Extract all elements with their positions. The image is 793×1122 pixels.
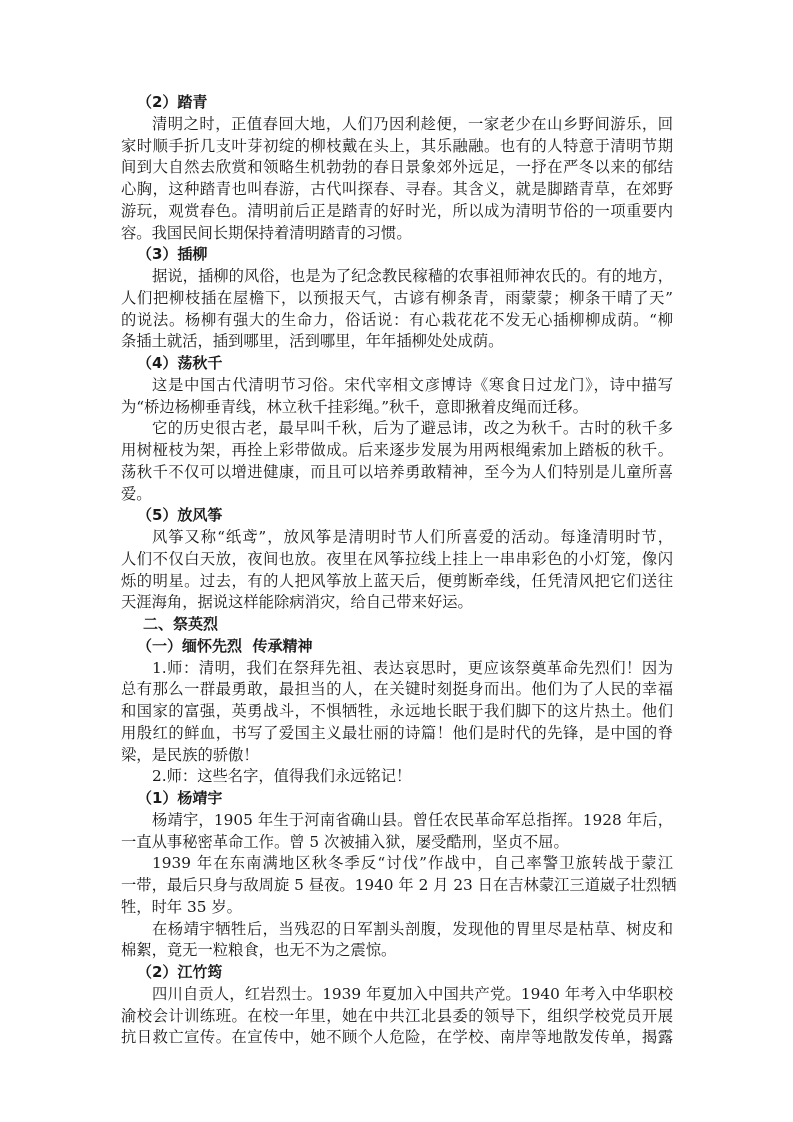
paragraph: 它的历史很古老，最早叫千秋，后为了避忌讳，改之为秋千。古时的秋千多 用树桠枝为架… xyxy=(121,418,673,505)
text-line: 牲，时年 35 岁。 xyxy=(121,897,673,919)
paragraph: 风筝又称“纸鸢”，放风筝是清明时节人们所喜爱的活动。每逢清明时节， 人们不仅白天… xyxy=(121,527,673,614)
text-line: 荡秋千不仅可以增进健康，而且可以培养勇敢精神，至今为人们特别是儿童所喜 xyxy=(121,462,673,484)
text-line: 一直从事秘密革命工作。曾 5 次被捕入狱，屡受酷刑，坚贞不屈。 xyxy=(121,832,673,854)
paragraph: 这是中国古代清明节习俗。宋代宰相文彦博诗《寒食日过龙门》，诗中描写 为“桥边杨柳… xyxy=(121,375,673,419)
text-line: 杨靖宇，1905 年生于河南省确山县。曾任农民革命军总指挥。1928 年后， xyxy=(121,810,673,832)
part-two-heading: 二、祭英烈 xyxy=(121,614,673,636)
text-line: 棉絮，竟无一粒粮食，也无不为之震惊。 xyxy=(121,940,673,962)
text-line: 和国家的富强，英勇战斗，不惧牺牲，永远地长眠于我们脚下的这片热土。他们 xyxy=(121,701,673,723)
text-line: 为“桥边杨柳垂青线，林立秋千挂彩绳。”秋千，意即揪着皮绳而迁移。 xyxy=(121,397,673,419)
text-line: 2.师：这些名字，值得我们永远铭记！ xyxy=(121,766,673,788)
text-line: 这是中国古代清明节习俗。宋代宰相文彦博诗《寒食日过龙门》，诗中描写 xyxy=(121,375,673,397)
text-line: 容。我国民间长期保持着清明踏青的习惯。 xyxy=(121,223,673,245)
text-line: 爱。 xyxy=(121,484,673,506)
text-line: 间到大自然去欣赏和领略生机勃勃的春日景象郊外远足，一抒在严冬以来的郁结 xyxy=(121,157,673,179)
text-line: 清明之时，正值春回大地，人们乃因利趁便，一家老少在山乡野间游乐，回 xyxy=(121,114,673,136)
paragraph: 杨靖宇，1905 年生于河南省确山县。曾任农民革命军总指挥。1928 年后， 一… xyxy=(121,810,673,854)
text-line: 一带，最后只身与敌周旋 5 昼夜。1940 年 2 月 23 日在吉林蒙江三道崴… xyxy=(121,875,673,897)
paragraph: 在杨靖宇牺牲后，当残忍的日军割头剖腹，发现他的胃里尽是枯草、树皮和 棉絮，竟无一… xyxy=(121,919,673,963)
text-line: 的说法。杨柳有强大的生命力，俗话说：有心栽花花不发无心插柳柳成荫。“柳 xyxy=(121,310,673,332)
text-line: 条插土就活，插到哪里，活到哪里，年年插柳处处成荫。 xyxy=(121,331,673,353)
paragraph: 1.师：清明，我们在祭拜先祖、表达哀思时，更应该祭奠革命先烈们！因为 总有那么一… xyxy=(121,658,673,767)
section-heading-chaliu: （3）插柳 xyxy=(121,244,673,266)
text-line: 家时顺手折几支叶芽初绽的柳枝戴在头上，其乐融融。也有的人特意于清明节期 xyxy=(121,136,673,158)
text-line: 心胸，这种踏青也叫春游，古代叫探春、寻春。其含义，就是脚踏青草，在郊野 xyxy=(121,179,673,201)
paragraph: 清明之时，正值春回大地，人们乃因利趁便，一家老少在山乡野间游乐，回 家时顺手折几… xyxy=(121,114,673,245)
text-line: 人们把柳枝插在屋檐下，以预报天气，古谚有柳条青，雨蒙蒙；柳条干晴了天” xyxy=(121,288,673,310)
text-line: 天涯海角，据说这样能除病消灾，给自己带来好运。 xyxy=(121,592,673,614)
part-two-subheading: （一）缅怀先烈 传承精神 xyxy=(121,636,673,658)
text-line: 它的历史很古老，最早叫千秋，后为了避忌讳，改之为秋千。古时的秋千多 xyxy=(121,418,673,440)
paragraph: 2.师：这些名字，值得我们永远铭记！ xyxy=(121,766,673,788)
section-heading-qiuqian: （4）荡秋千 xyxy=(121,353,673,375)
paragraph: 据说，插柳的风俗，也是为了纪念教民稼穑的农事祖师神农氏的。有的地方， 人们把柳枝… xyxy=(121,266,673,353)
text-line: 用树桠枝为架，再拴上彩带做成。后来逐步发展为用两根绳索加上踏板的秋千。 xyxy=(121,440,673,462)
document-page: （2）踏青 清明之时，正值春回大地，人们乃因利趁便，一家老少在山乡野间游乐，回 … xyxy=(121,92,673,1049)
text-line: 游玩，观赏春色。清明前后正是踏青的好时光，所以成为清明节俗的一项重要内 xyxy=(121,201,673,223)
section-heading-taqing: （2）踏青 xyxy=(121,92,673,114)
text-line: 据说，插柳的风俗，也是为了纪念教民稼穑的农事祖师神农氏的。有的地方， xyxy=(121,266,673,288)
text-line: 在杨靖宇牺牲后，当残忍的日军割头剖腹，发现他的胃里尽是枯草、树皮和 xyxy=(121,919,673,941)
text-line: 梁，是民族的骄傲！ xyxy=(121,745,673,767)
text-line: 四川自贡人，红岩烈士。1939 年夏加入中国共产党。1940 年考入中华职校 xyxy=(121,984,673,1006)
paragraph: 1939 年在东南满地区秋冬季反“讨伐”作战中，自己率警卫旅转战于蒙江 一带，最… xyxy=(121,853,673,918)
text-line: 渝校会计训练班。在校一年里，她在中共江北县委的领导下，组织学校党员开展 xyxy=(121,1006,673,1028)
text-line: 1.师：清明，我们在祭拜先祖、表达哀思时，更应该祭奠革命先烈们！因为 xyxy=(121,658,673,680)
text-line: 1939 年在东南满地区秋冬季反“讨伐”作战中，自己率警卫旅转战于蒙江 xyxy=(121,853,673,875)
text-line: 抗日救亡宣传。在宣传中，她不顾个人危险，在学校、南岸等地散发传单，揭露 xyxy=(121,1027,673,1049)
text-line: 总有那么一群最勇敢，最担当的人，在关键时刻挺身而出。他们为了人民的幸福 xyxy=(121,679,673,701)
section-heading-fengzheng: （5）放风筝 xyxy=(121,505,673,527)
martyr-heading-jiang-zhujun: （2）江竹筠 xyxy=(121,962,673,984)
text-line: 用殷红的鲜血，书写了爱国主义最壮丽的诗篇！他们是时代的先锋，是中国的脊 xyxy=(121,723,673,745)
text-line: 烁的明星。过去，有的人把风筝放上蓝天后，便剪断牵线，任凭清风把它们送往 xyxy=(121,571,673,593)
martyr-heading-yang-jingyu: （1）杨靖宇 xyxy=(121,788,673,810)
text-line: 风筝又称“纸鸢”，放风筝是清明时节人们所喜爱的活动。每逢清明时节， xyxy=(121,527,673,549)
paragraph: 四川自贡人，红岩烈士。1939 年夏加入中国共产党。1940 年考入中华职校 渝… xyxy=(121,984,673,1049)
text-line: 人们不仅白天放，夜间也放。夜里在风筝拉线上挂上一串串彩色的小灯笼，像闪 xyxy=(121,549,673,571)
